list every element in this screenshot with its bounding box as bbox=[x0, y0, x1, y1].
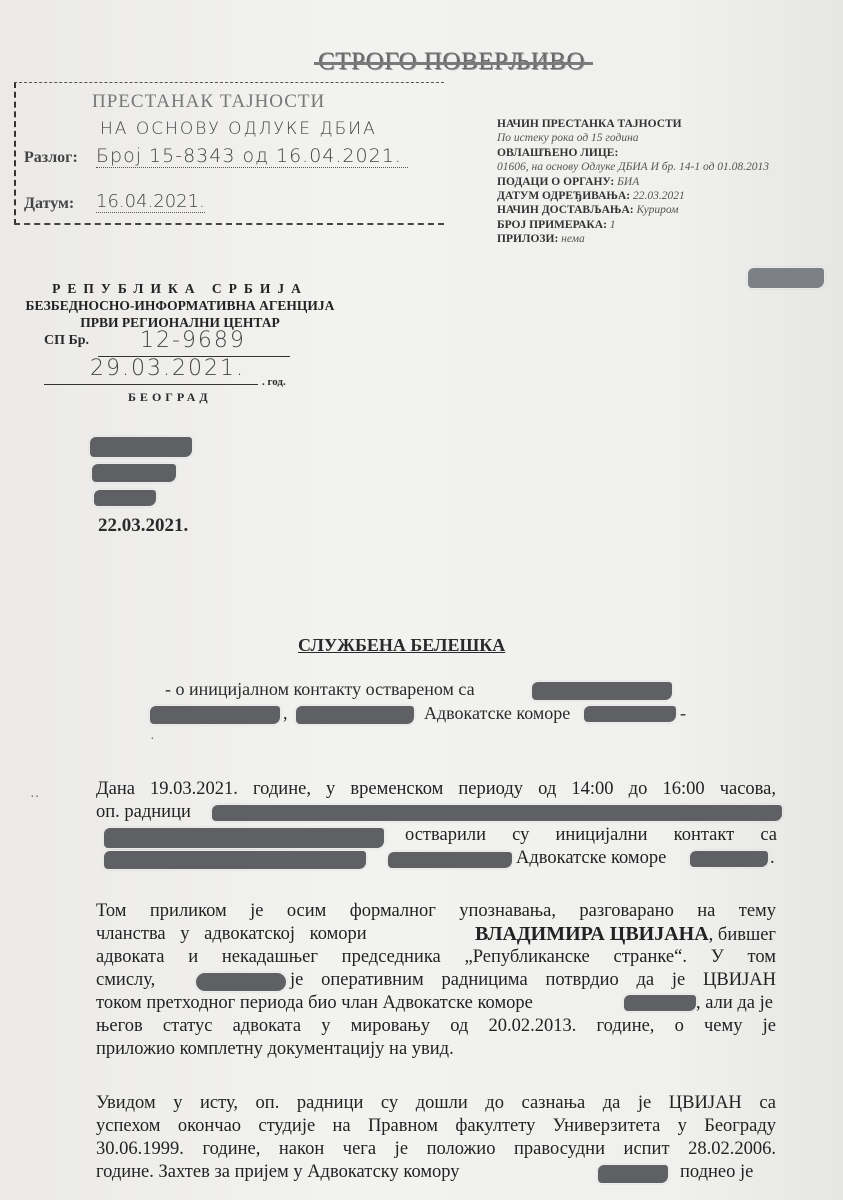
subtitle-line-1: - о иницијалном контакту оствареном са bbox=[165, 679, 475, 700]
paragraph-1-line-2: оп. радници bbox=[96, 801, 191, 824]
paragraph-2-line-5b: , али да је bbox=[696, 992, 773, 1015]
paragraph-2-line-5a: током претходног периода био члан Адвока… bbox=[96, 992, 533, 1015]
paragraph-2-line-2: чланства у адвокатској комори ВЛАДИМИРА … bbox=[96, 923, 776, 947]
paragraph-2-line-3: адвоката и некадашњег председника „Репуб… bbox=[96, 946, 776, 969]
attachments-value: нема bbox=[561, 233, 585, 245]
letterhead-city: БЕОГРАД bbox=[128, 390, 212, 405]
subtitle-end: - bbox=[680, 703, 686, 724]
authorized-value: 01606, на основу Одлуке ДБИА И бр. 14-1 … bbox=[497, 161, 769, 173]
margin-mark: ·· bbox=[30, 790, 39, 806]
stamp-ref-label: Разлог: bbox=[24, 149, 78, 167]
letterhead: РЕПУБЛИКА СРБИЈА БЕЗБЕДНОСНО-ИНФОРМАТИВН… bbox=[0, 280, 360, 331]
paragraph-3-line-2: успехом окончао студије на Правном факул… bbox=[96, 1115, 776, 1138]
redaction-box bbox=[624, 995, 696, 1011]
redaction-box bbox=[532, 682, 672, 700]
delivery-label: НАЧИН ДОСТАВЉАЊА: bbox=[497, 204, 634, 216]
paragraph-1-line-1: Дана 19.03.2021. године, у временском пе… bbox=[96, 778, 776, 801]
method-label: НАЧИН ПРЕСТАНКА ТАЈНОСТИ bbox=[497, 118, 682, 130]
letterhead-date-value: 29.03.2021. bbox=[90, 356, 245, 381]
redaction-box bbox=[150, 706, 280, 724]
redaction-box bbox=[748, 268, 824, 288]
strike-through-line bbox=[314, 62, 593, 65]
stamp-basis: НА ОСНОВУ ОДЛУКЕ ДБИА bbox=[100, 119, 377, 139]
declassification-stamp: ПРЕСТАНАК ТАЈНОСТИ НА ОСНОВУ ОДЛУКЕ ДБИА… bbox=[14, 82, 444, 225]
redaction-box bbox=[104, 828, 384, 848]
letterhead-agency: БЕЗБЕДНОСНО-ИНФОРМАТИВНА АГЕНЦИЈА bbox=[0, 297, 360, 314]
redaction-box bbox=[90, 437, 192, 457]
classification-mark: СТРОГО ПОВЕРЉИВО bbox=[318, 48, 585, 76]
person-name: ВЛАДИМИРА ЦВИЈАНА bbox=[475, 923, 709, 945]
redaction-box bbox=[196, 973, 286, 991]
paragraph-3-line-3: 30.06.1999. године, након чега је положи… bbox=[96, 1138, 776, 1161]
paragraph-2-line-4a: смислу, bbox=[96, 969, 155, 992]
determination-date-label: ДАТУМ ОДРЕЂИВАЊА: bbox=[497, 190, 630, 202]
paragraph-2-text: , бившег bbox=[709, 925, 776, 945]
paragraph-2-line-1: Том приликом је осим формалног упознавањ… bbox=[96, 900, 776, 923]
method-value: По истеку рока од 15 година bbox=[497, 132, 639, 144]
stamp-date-value: 16.04.2021. bbox=[96, 191, 205, 213]
sp-number-label: СП Бр. bbox=[44, 333, 89, 349]
authorized-label: ОВЛАШЋЕНО ЛИЦЕ: bbox=[497, 147, 618, 159]
paragraph-2-line-4b: је оперативним радницима потврдио да је … bbox=[290, 969, 776, 992]
redaction-box bbox=[388, 852, 512, 868]
redaction-box bbox=[598, 1165, 668, 1183]
copies-label: БРОЈ ПРИМЕРАКА: bbox=[497, 219, 607, 231]
attachments-label: ПРИЛОЗИ: bbox=[497, 233, 558, 245]
redaction-box bbox=[584, 706, 676, 722]
redaction-box bbox=[212, 805, 782, 821]
note-date: 22.03.2021. bbox=[98, 515, 188, 537]
paragraph-2-name: ВЛАДИМИРА ЦВИЈАНА, бившег bbox=[475, 923, 776, 947]
year-suffix: . год. bbox=[262, 376, 286, 388]
paragraph-3-line-1: Увидом у исту, оп. радници су дошли до с… bbox=[96, 1092, 776, 1115]
redaction-box bbox=[296, 706, 414, 724]
redaction-box bbox=[104, 851, 366, 869]
delivery-value: Куриром bbox=[636, 204, 678, 216]
stamp-title: ПРЕСТАНАК ТАЈНОСТИ bbox=[92, 91, 325, 113]
date-line bbox=[44, 384, 258, 385]
subtitle-separator: , bbox=[283, 703, 288, 724]
paragraph-2-line-6: његов статус адвоката у мировању од 20.0… bbox=[96, 1015, 776, 1038]
paragraph-2-line-7: приложио комплетну документацију на увид… bbox=[96, 1038, 776, 1061]
paragraph-3-line-4a: године. Захтев за пријем у Адвокатску ко… bbox=[96, 1161, 460, 1184]
determination-date-value: 22.03.2021 bbox=[633, 190, 685, 202]
classification-metadata: НАЧИН ПРЕСТАНКА ТАЈНОСТИ По истеку рока … bbox=[497, 117, 769, 247]
redaction-box bbox=[92, 464, 176, 482]
paragraph-2-text: чланства у адвокатској комори bbox=[96, 923, 367, 947]
margin-mark: · bbox=[150, 732, 155, 748]
agency-value: БИА bbox=[617, 176, 639, 188]
sp-number-value: 12-9689 bbox=[140, 328, 246, 353]
paragraph-1-line-3: остварили су иницијални контакт са bbox=[405, 824, 777, 847]
stamp-date-label: Датум: bbox=[24, 195, 74, 213]
paragraph-1-line-4: Адвокатске коморе bbox=[516, 847, 666, 870]
stamp-ref-value: Број 15-8343 од 16.04.2021. bbox=[96, 145, 408, 168]
agency-label: ПОДАЦИ О ОРГАНУ: bbox=[497, 176, 614, 188]
letterhead-country: РЕПУБЛИКА СРБИЈА bbox=[0, 280, 360, 297]
paragraph-3-line-4b: поднео је bbox=[680, 1161, 753, 1184]
copies-value: 1 bbox=[610, 219, 616, 231]
redaction-box bbox=[690, 851, 768, 867]
document-heading: СЛУЖБЕНА БЕЛЕШКА bbox=[298, 635, 505, 656]
paragraph-1-end: . bbox=[770, 847, 775, 870]
subtitle-line-2: Адвокатске коморе bbox=[424, 703, 570, 724]
redaction-box bbox=[94, 490, 156, 506]
